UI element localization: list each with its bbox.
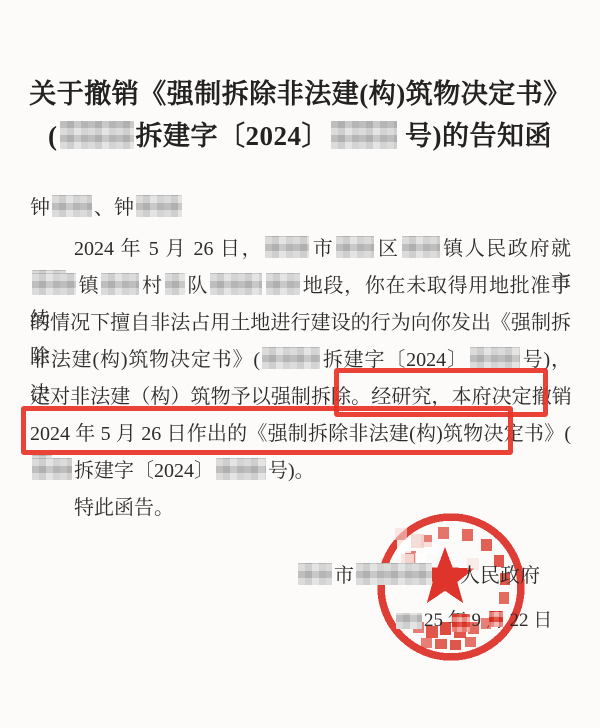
body-line-3: 的情况下擅自非法占用土地进行建设的行为向你发出《强制拆除: [30, 306, 571, 340]
redaction-block: [336, 236, 374, 258]
body-text: 队: [187, 275, 208, 297]
title-docnum-mid: 拆建字〔2024〕: [136, 121, 330, 151]
redaction-block: [262, 347, 320, 369]
redaction-block: [32, 458, 72, 480]
seal-overlap-fragment: [452, 614, 470, 632]
document-page: 关于撤销《强制拆除非法建(构)筑物决定书》 (拆建字〔2024〕号)的告知函 钟…: [0, 0, 600, 728]
signature-text: 人民政府: [460, 565, 540, 587]
body-text: 定对非法建（构）筑物予以强制拆除。: [30, 386, 371, 408]
signature-line: 市人民政府: [296, 561, 540, 591]
redaction-block: [470, 347, 520, 369]
body-text: 镇: [78, 275, 99, 297]
redaction-block: [136, 195, 182, 217]
redaction-block: [265, 236, 309, 258]
redaction-block: [210, 273, 262, 295]
redaction-block: [60, 121, 134, 149]
redaction-block: [32, 273, 76, 295]
signature-text: 市: [334, 565, 354, 587]
redaction-block: [396, 613, 422, 629]
body-text: 村: [141, 275, 162, 297]
closing-line: 特此函告。: [30, 491, 571, 525]
redaction-block: [52, 195, 92, 217]
title-docnum-open: (: [48, 121, 58, 151]
body-text: 非法建(构)筑物决定书》(: [30, 349, 260, 371]
document-title-line1: 关于撤销《强制拆除非法建(构)筑物决定书》: [0, 76, 600, 112]
body-line-4: 非法建(构)筑物决定书》(拆建字〔2024〕号)，决: [30, 343, 571, 377]
redaction-block: [298, 563, 332, 585]
body-text: 镇人民政府就: [442, 238, 571, 260]
body-line-2: 镇村队地段，你在未取得用地批准手续: [30, 269, 571, 303]
redaction-block: [101, 273, 139, 295]
body-text: 号)。: [268, 460, 315, 482]
addressee-line: 钟、钟: [30, 191, 571, 225]
redaction-block: [216, 458, 266, 480]
redaction-block: [266, 273, 300, 295]
body-text: 市: [311, 238, 334, 260]
redaction-block: [331, 121, 397, 149]
closing-text: 特此函告。: [74, 497, 174, 519]
body-line-7: 拆建字〔2024〕号)。: [30, 454, 571, 488]
redaction-block: [356, 563, 432, 585]
addressee-name: 、钟: [94, 197, 134, 219]
body-text: 拆建字〔2024〕: [322, 349, 468, 371]
redaction-block: [165, 273, 185, 295]
body-line-5: 定对非法建（构）筑物予以强制拆除。经研究，本府决定撤销: [30, 380, 571, 414]
redaction-block: [402, 236, 440, 258]
body-text-highlighted: 经研究，本府决定撤销: [371, 386, 571, 408]
body-text: 拆建字〔2024〕: [74, 460, 214, 482]
body-text: 区: [376, 238, 399, 260]
body-text-highlighted: 2024 年 5 月 26 日作出的《强制拆除非法建(构)筑物决定书》(: [30, 423, 571, 445]
addressee-name: 钟: [30, 197, 50, 219]
date-line: 25 年 9 月 22 日: [394, 607, 552, 635]
body-line-6: 2024 年 5 月 26 日作出的《强制拆除非法建(构)筑物决定书》(: [30, 417, 571, 451]
title-docnum-close: 号)的告知函: [405, 121, 552, 151]
body-line-1: 2024 年 5 月 26 日，市区镇人民政府就市: [30, 232, 571, 266]
document-title-line2: (拆建字〔2024〕号)的告知函: [0, 118, 600, 154]
seal-overlap-fragment: [489, 611, 503, 627]
body-text: 2024 年 5 月 26 日，: [74, 238, 263, 260]
